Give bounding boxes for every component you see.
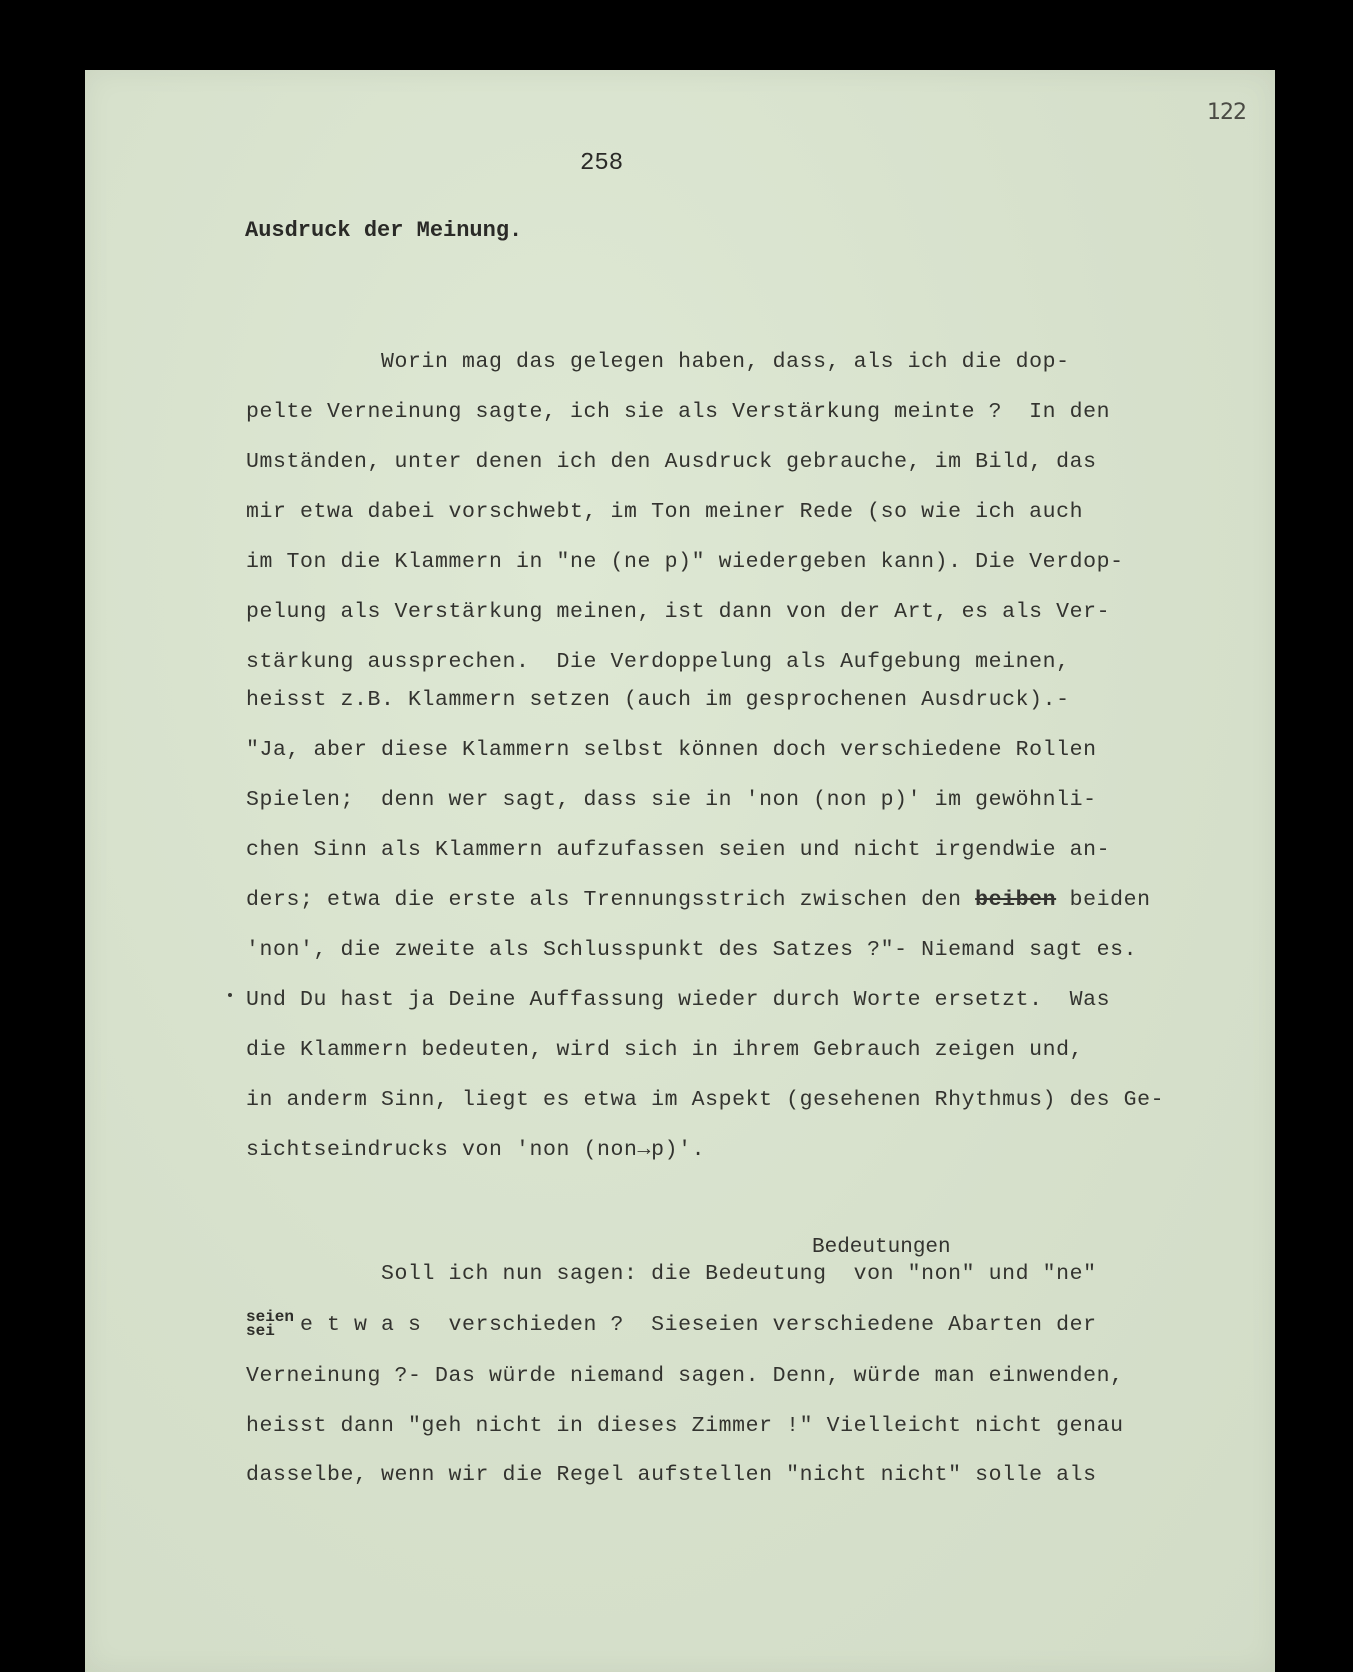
text-line: chen Sinn als Klammern aufzufassen seien…	[246, 838, 1110, 862]
archive-folio-number: 122	[1207, 100, 1246, 125]
text-line: mir etwa dabei vorschwebt, im Ton meiner…	[246, 500, 1083, 524]
text-line: Und Du hast ja Deine Auffassung wieder d…	[246, 988, 1110, 1012]
text-line: "Ja, aber diese Klammern selbst können d…	[246, 738, 1097, 762]
text-line: im Ton die Klammern in "ne (ne p)" wiede…	[246, 550, 1124, 574]
text-line: pelte Verneinung sagte, ich sie als Vers…	[246, 400, 1110, 424]
page-number: 258	[580, 150, 623, 177]
text-line: die Klammern bedeuten, wird sich in ihre…	[246, 1038, 1083, 1062]
overtyped-correction: seien sei	[246, 1310, 294, 1338]
text-line: Verneinung ?- Das würde niemand sagen. D…	[246, 1364, 1124, 1388]
text-line: heisst z.B. Klammern setzen (auch im ges…	[246, 688, 1070, 712]
text-line: e t w a s verschieden ? Sieseien verschi…	[246, 1313, 1097, 1337]
text-line: Soll ich nun sagen: die Bedeutung von "n…	[246, 1262, 1097, 1286]
text-line: Umständen, unter denen ich den Ausdruck …	[246, 450, 1097, 474]
text-line: dasselbe, wenn wir die Regel aufstellen …	[246, 1463, 1097, 1487]
text-line: 'non', die zweite als Schlusspunkt des S…	[246, 938, 1137, 962]
text-line: sichtseindrucks von 'non (non→p)'.	[246, 1138, 705, 1162]
text-segment: ders; etwa die erste als Trennungsstrich…	[246, 888, 975, 912]
text-line: pelung als Verstärkung meinen, ist dann …	[246, 600, 1110, 624]
interlinear-insertion: Bedeutungen	[812, 1236, 951, 1259]
text-line: in anderm Sinn, liegt es etwa im Aspekt …	[246, 1088, 1164, 1112]
text-line: Spielen; denn wer sagt, dass sie in 'non…	[246, 788, 1097, 812]
section-heading: Ausdruck der Meinung.	[245, 218, 522, 243]
paragraph-2: Soll ich nun sagen: die Bedeutung von "n…	[246, 0, 273, 144]
struck-word: beiben	[975, 888, 1056, 912]
text-line: stärkung aussprechen. Die Verdoppelung a…	[246, 650, 1070, 674]
text-segment: beiden	[1056, 888, 1151, 912]
overtype-lower: sei	[246, 1324, 294, 1338]
text-line: heisst dann "geh nicht in dieses Zimmer …	[246, 1414, 1124, 1438]
text-line: Worin mag das gelegen haben, dass, als i…	[246, 350, 1070, 374]
text-line-with-strikeout: ders; etwa die erste als Trennungsstrich…	[246, 888, 1151, 912]
margin-mark-dot	[228, 993, 232, 997]
